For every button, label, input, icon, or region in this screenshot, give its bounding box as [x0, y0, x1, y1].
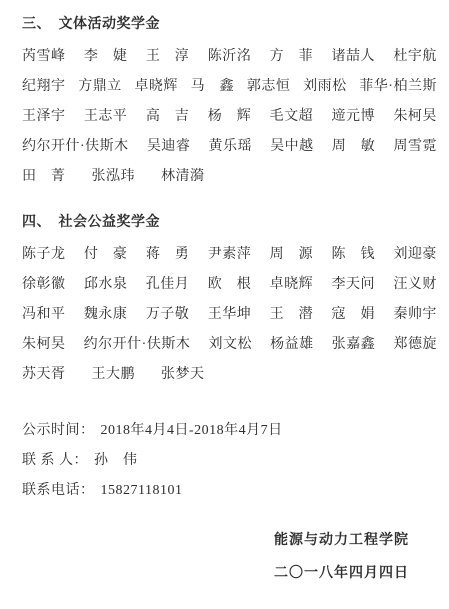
signature-date: 二〇一八年四月四日	[22, 565, 409, 583]
student-name: 林清漪	[161, 168, 205, 186]
student-name: 王 潜	[270, 306, 314, 324]
student-name: 苏天胥	[22, 366, 66, 384]
student-name: 杜宇航	[393, 48, 437, 66]
section-title: 三、 文体活动奖学金	[22, 16, 437, 33]
student-name: 刘雨松	[303, 78, 347, 96]
student-name: 魏永康	[84, 306, 128, 324]
name-row: 朱柯旲约尔开什·伕斯木刘文松杨益雄张嘉鑫郑德旋	[22, 336, 437, 354]
student-name: 刘文松	[208, 336, 252, 354]
contact-person-line: 联 系 人：孙 伟	[22, 452, 437, 470]
student-name: 周 源	[270, 246, 314, 264]
name-row: 冯和平魏永康万子敬王华坤王 潜寇 娟秦帅宇	[22, 306, 437, 324]
student-name: 王志平	[84, 108, 128, 126]
student-name: 邱水泉	[84, 276, 128, 294]
section-social-welfare-scholarship: 四、 社会公益奖学金 陈子龙付 豪蒋 勇尹素萍周 源陈 钱刘迎豪徐彰徽邱水泉孔佳…	[22, 214, 437, 384]
student-name: 徐彰徽	[22, 276, 66, 294]
student-name: 方 菲	[270, 48, 314, 66]
student-name: 万子敬	[146, 306, 190, 324]
contact-info: 公示时间：2018年4月4日-2018年4月7日 联 系 人：孙 伟 联系电话：…	[22, 422, 437, 500]
student-name: 周 敏	[332, 138, 376, 156]
student-name: 蒋 勇	[146, 246, 190, 264]
student-name: 吴迪睿	[147, 138, 191, 156]
student-name: 黄乐瑶	[208, 138, 252, 156]
student-name: 朱柯旲	[22, 336, 66, 354]
student-name: 遆元博	[332, 108, 376, 126]
student-name: 方鼎立	[78, 78, 122, 96]
name-row: 陈子龙付 豪蒋 勇尹素萍周 源陈 钱刘迎豪	[22, 246, 437, 264]
student-name: 郭志恒	[247, 78, 291, 96]
publicity-period-value: 2018年4月4日-2018年4月7日	[101, 423, 283, 438]
contact-person-label: 联 系 人：	[22, 453, 88, 468]
name-list: 芮雪峰李 婕王 淳陈沂洺方 菲诸喆人杜宇航纪翔宇方鼎立卓晓辉马 鑫郭志恒刘雨松菲…	[22, 48, 437, 186]
student-name: 孔佳月	[146, 276, 190, 294]
name-row: 苏天胥王大鹏张梦天	[22, 366, 437, 384]
student-name: 尹素萍	[208, 246, 252, 264]
student-name: 纪翔宇	[22, 78, 66, 96]
student-name: 马 鑫	[191, 78, 235, 96]
student-name: 约尔开什·伕斯木	[22, 138, 129, 156]
student-name: 杨益雄	[270, 336, 314, 354]
signature-block: 能源与动力工程学院 二〇一八年四月四日	[22, 532, 437, 583]
section-title: 四、 社会公益奖学金	[22, 214, 437, 231]
student-name: 汪义财	[393, 276, 437, 294]
name-row: 约尔开什·伕斯木吴迪睿黄乐瑶吴中越周 敏周雪霓	[22, 138, 437, 156]
document-page: 三、 文体活动奖学金 芮雪峰李 婕王 淳陈沂洺方 菲诸喆人杜宇航纪翔宇方鼎立卓晓…	[0, 0, 449, 609]
student-name: 张泓玮	[92, 168, 136, 186]
publicity-period-label: 公示时间：	[22, 423, 95, 438]
student-name: 田 菁	[22, 168, 66, 186]
student-name: 杨 辉	[208, 108, 252, 126]
student-name: 李 婕	[84, 48, 128, 66]
signature-organization: 能源与动力工程学院	[22, 532, 409, 550]
student-name: 刘迎豪	[393, 246, 437, 264]
name-row: 芮雪峰李 婕王 淳陈沂洺方 菲诸喆人杜宇航	[22, 48, 437, 66]
contact-person-value: 孙 伟	[94, 453, 138, 468]
student-name: 李天问	[332, 276, 376, 294]
student-name: 付 豪	[84, 246, 128, 264]
name-row: 田 菁张泓玮林清漪	[22, 168, 437, 186]
contact-phone-line: 联系电话：15827118101	[22, 482, 437, 500]
student-name: 张嘉鑫	[332, 336, 376, 354]
student-name: 朱柯旲	[393, 108, 437, 126]
student-name: 王华坤	[208, 306, 252, 324]
student-name: 冯和平	[22, 306, 66, 324]
student-name: 张梦天	[161, 366, 205, 384]
student-name: 卓晓辉	[134, 78, 178, 96]
student-name: 寇 娟	[332, 306, 376, 324]
section-sports-arts-scholarship: 三、 文体活动奖学金 芮雪峰李 婕王 淳陈沂洺方 菲诸喆人杜宇航纪翔宇方鼎立卓晓…	[22, 16, 437, 186]
name-row: 王泽宇王志平高 吉杨 辉毛文超遆元博朱柯旲	[22, 108, 437, 126]
contact-phone-value: 15827118101	[101, 483, 183, 498]
student-name: 王大鹏	[92, 366, 136, 384]
student-name: 诸喆人	[332, 48, 376, 66]
student-name: 卓晓辉	[270, 276, 314, 294]
student-name: 秦帅宇	[393, 306, 437, 324]
student-name: 周雪霓	[393, 138, 437, 156]
student-name: 芮雪峰	[22, 48, 66, 66]
student-name: 高 吉	[146, 108, 190, 126]
contact-phone-label: 联系电话：	[22, 483, 95, 498]
student-name: 陈沂洺	[208, 48, 252, 66]
name-row: 纪翔宇方鼎立卓晓辉马 鑫郭志恒刘雨松菲华·柏兰斯	[22, 78, 437, 96]
student-name: 吴中越	[270, 138, 314, 156]
student-name: 郑德旋	[393, 336, 437, 354]
student-name: 陈子龙	[22, 246, 66, 264]
student-name: 王 淳	[146, 48, 190, 66]
student-name: 陈 钱	[332, 246, 376, 264]
name-list: 陈子龙付 豪蒋 勇尹素萍周 源陈 钱刘迎豪徐彰徽邱水泉孔佳月欧 根卓晓辉李天问汪…	[22, 246, 437, 384]
student-name: 欧 根	[208, 276, 252, 294]
name-row: 徐彰徽邱水泉孔佳月欧 根卓晓辉李天问汪义财	[22, 276, 437, 294]
student-name: 王泽宇	[22, 108, 66, 126]
student-name: 菲华·柏兰斯	[359, 78, 437, 96]
publicity-period-line: 公示时间：2018年4月4日-2018年4月7日	[22, 422, 437, 440]
student-name: 约尔开什·伕斯木	[84, 336, 191, 354]
student-name: 毛文超	[270, 108, 314, 126]
